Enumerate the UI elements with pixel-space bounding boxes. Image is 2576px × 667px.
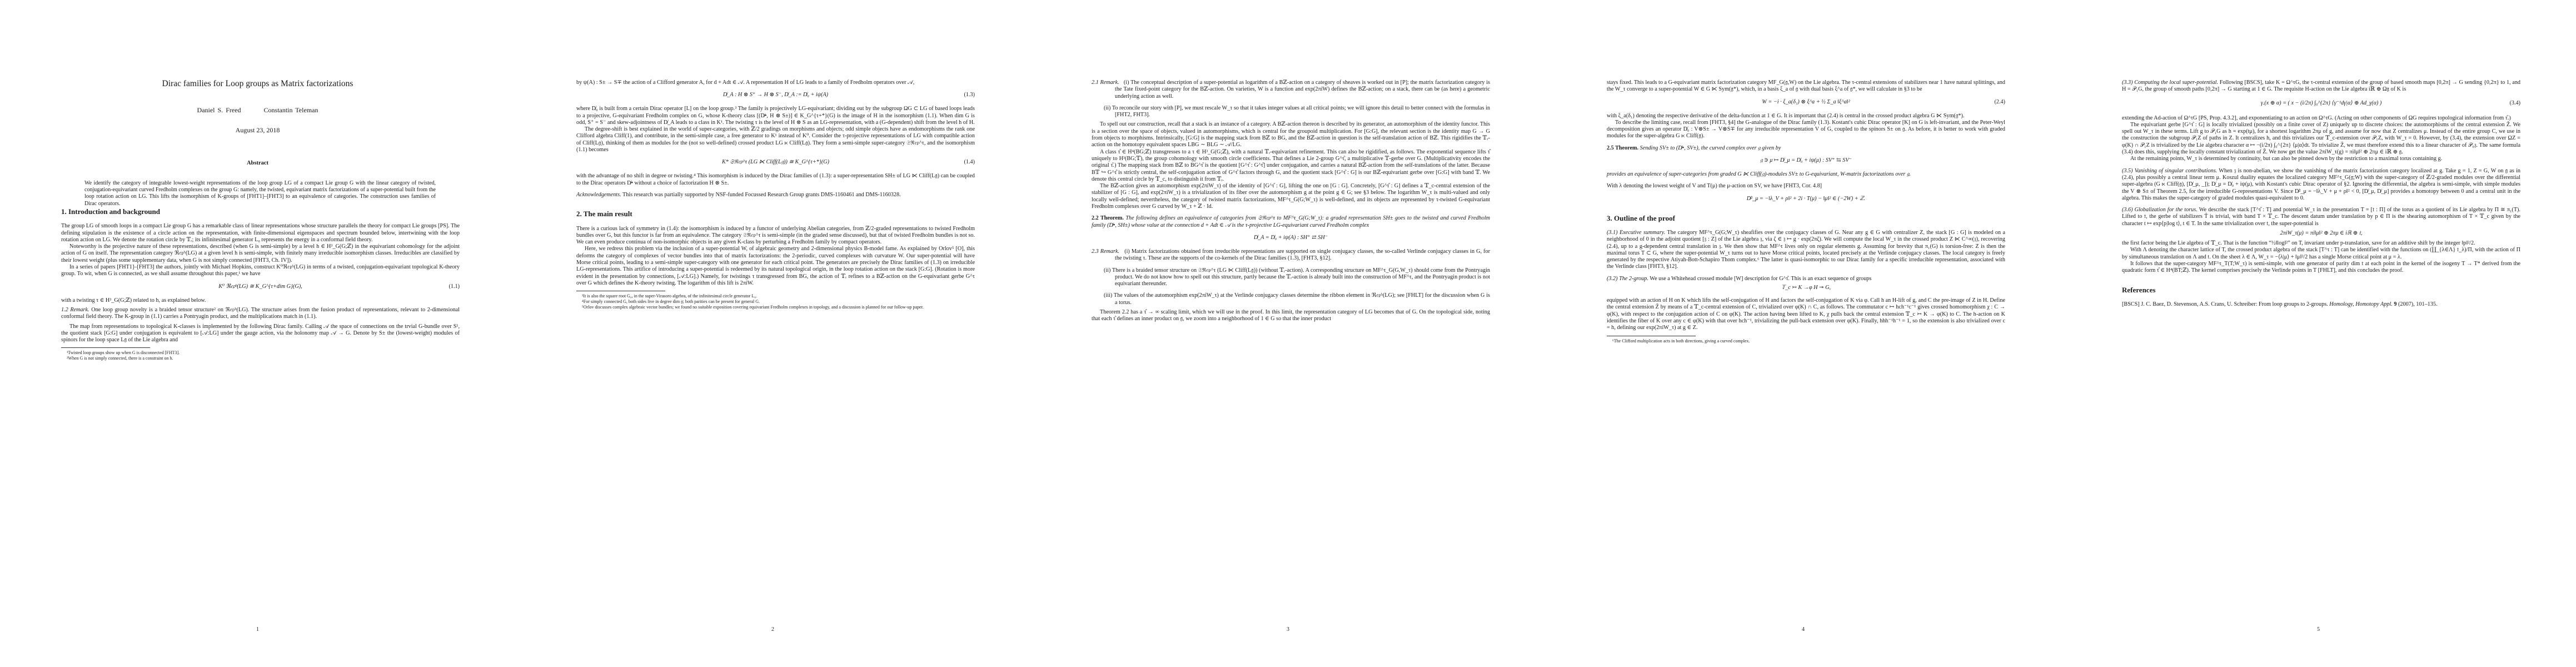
subsection: (3.6) Globalization for the torus. We de… [2122,207,2520,227]
subsection-text: We use a Whitehead crossed module [W] de… [1650,276,1871,282]
author-list: Daniel S. Freed Constantin Teleman [0,106,515,115]
paragraph: To spell out our construction, recall th… [1092,121,1490,148]
page-3: 2.1 Remark. (i) The conceptual descripti… [1030,0,1546,667]
equation: γ.(x ⊕ α) = ( x − (i/2π) ∫₀^{2π} ⟨γ⁻¹dγ|… [2122,100,2520,107]
equation: K* 𝔖ℜ𝔢𝔭^τ (LG ⋉ Cliff(L𝔤)) ≅ K_G^{τ+*}(G… [576,159,975,166]
subsection-text: The category MF^τ_G(G;W_τ) sheafifies ov… [1607,230,2005,270]
paragraph: There is a curious lack of symmetry in (… [576,226,975,246]
footnote: ⁴For simply connected G, both sides live… [576,299,975,305]
equation: D̸_A = D̸₀ + iψ(A) : SH⁺ ⇄ SH⁻ [1092,235,1490,242]
footnote-rule [1607,336,1696,336]
theorem-text: Sending SV± to (D̸•, SV±), the curved co… [1640,145,1781,151]
equation-body: K* 𝔖ℜ𝔢𝔭^τ (LG ⋉ Cliff(L𝔤)) ≅ K_G^{τ+*}(G… [722,159,829,165]
paragraph: the first factor being the Lie algebra o… [2122,240,2520,247]
page-1-body: 1. Introduction and background The group… [61,208,460,361]
acknowledgements: Acknowledgements. This research was part… [576,192,975,198]
theorem: 2.5 Theorem. Sending SV± to (D̸•, SV±), … [1607,145,2005,152]
paragraph: In a series of papers [FHT1]–[FHT3] the … [61,264,460,278]
equation: K⁰ ℜ𝔢𝔭ʰ(LG) ≅ K_G^{τ+dim G}(G), (1.1) [61,283,460,291]
page-3-body: 2.1 Remark. (i) The conceptual descripti… [1092,79,1490,323]
equation-body: D̸_A = D̸₀ + iψ(A) : SH⁺ ⇄ SH⁻ [1254,235,1328,241]
references-heading: References [2122,287,2520,293]
paragraph: The group LG of smooth loops in a compac… [61,223,460,243]
subsection-label: (3.5) Vanishing of singular contribution… [2122,168,2217,174]
paragraph: extending the Ad-action of Ω^τG [PS, Pro… [2122,115,2520,122]
paragraph: At the remaining points, W_τ is determin… [2122,156,2520,162]
paragraph: The equivariant gerbe [G^τ̂ : G] is loca… [2122,122,2520,156]
page-number: 1 [0,626,515,633]
equation-number: (3.4) [2509,100,2520,107]
paragraph: Here, we redress this problem via the in… [576,246,975,287]
paragraph: A class τ̂ ∈ H⁴(BG;ℤ) transgresses to a … [1092,149,1490,183]
page-5-body: (3.3) Computing the local super-potentia… [2122,79,2520,308]
equation-number: (2.4) [1994,99,2005,106]
remark: 2.3 Remark. (i) Matrix factorizations ob… [1092,248,1490,262]
equation-body: 𝔤 ∋ μ ↦ D̸_μ = D̸₀ + iψ(μ) : SV⁺ ⇆ SV⁻ [1760,157,1852,163]
remark-item: (ii) There is a braided tensor structure… [1092,267,1490,288]
subsection-label: (3.3) Computing the local super-potentia… [2122,79,2218,86]
ack-text: This research was partially supported by… [622,192,901,198]
equation: D̸_A : H ⊗ S⁺ → H ⊗ S⁻, D̸_A := D̸₀ + iψ… [576,92,975,99]
paragraph: Theorem 2.2 has a τ̂ → ∞ scaling limit, … [1092,309,1490,323]
paragraph: The Bℤ-action gives an automorphism exp(… [1092,183,1490,210]
subsection: (3.3) Computing the local super-potentia… [2122,79,2520,93]
footnote-rule [61,347,150,348]
reference-volume: 9 [2394,301,2396,307]
ack-label: Acknowledgements. [576,192,621,198]
remark-item: (iii) The values of the automorphism exp… [1092,292,1490,306]
equation: 𝕋_c ↣ K →φ H ↠ G, [1607,285,2005,292]
page-number: 4 [1546,626,2061,633]
equation-body: W = −i · ξ_a(δ₁) ⊗ ξ^a + ½ Σ_a ‖ξ^a‖² [1762,99,1850,105]
paragraph: with the advantage of no shift in degree… [576,173,975,187]
paragraph: It follows that the super-category MF^τ_… [2122,261,2520,275]
abstract-heading: Abstract [0,160,515,166]
equation-number: (1.1) [449,283,460,290]
theorem-text: The following defines an equivalence of … [1092,215,1490,228]
paragraph: equipped with an action of H on K which … [1607,297,2005,331]
equation-body: D̸²_μ = −‖λ_V + ρ‖² + 2i · T(μ) − ‖μ‖² ∈… [1747,196,1866,202]
paragraph: To describe the limiting case, recall fr… [1607,120,2005,140]
page-1: Dirac families for Loop groups as Matrix… [0,0,515,667]
author: Daniel S. Freed [197,106,241,115]
equation-body: D̸_A : H ⊗ S⁺ → H ⊗ S⁻, D̸_A := D̸₀ + iψ… [723,92,828,98]
reference-text: J. C. Baez, D. Stevenson, A.S. Crans, U.… [2141,301,2328,307]
page-number: 2 [515,626,1030,633]
remark-label: 2.1 Remark. [1092,79,1119,86]
footnote: ²When G is not simply connected, there i… [61,356,460,361]
remark: 1.2 Remark. One loop group novelty is a … [61,307,460,321]
paragraph: The degree-shift is best explained in th… [576,126,975,153]
remark-item: (ii) To reconcile our story with [P], we… [1092,105,1490,119]
subsection-label: (3.2) The 2-group. [1607,276,1648,282]
page-4-body: stays fixed. This leads to a G-equivaria… [1607,79,2005,344]
paragraph: where D̸₀ is built from a certain Dirac … [576,106,975,126]
paper-title: Dirac families for Loop groups as Matrix… [0,79,515,89]
equation: 𝔤 ∋ μ ↦ D̸_μ = D̸₀ + iψ(μ) : SV⁺ ⇆ SV⁻ [1607,157,2005,165]
paragraph: With λ denoting the lowest weight of V a… [1607,183,2005,190]
subsection: (3.5) Vanishing of singular contribution… [2122,168,2520,202]
paragraph: stays fixed. This leads to a G-equivaria… [1607,79,2005,93]
remark: 2.1 Remark. (i) The conceptual descripti… [1092,79,1490,100]
remark-item: (i) The conceptual description of a supe… [1115,79,1490,99]
subsection: (3.2) The 2-group. We use a Whitehead cr… [1607,276,2005,282]
equation-number: (1.4) [964,159,975,166]
equation: D̸²_μ = −‖λ_V + ρ‖² + 2i · T(μ) − ‖μ‖² ∈… [1607,196,2005,203]
remark-text: One loop group novelty is a braided tens… [61,307,460,320]
page-2: by ψ(A) : S± → S∓ the action of a Cliffo… [515,0,1030,667]
paragraph: with ξ_a(δ₁) denoting the respective der… [1607,113,2005,120]
equation: W = −i · ξ_a(δ₁) ⊗ ξ^a + ½ Σ_a ‖ξ^a‖² (2… [1607,99,2005,106]
theorem-label: 2.2 Theorem. [1092,215,1124,221]
subsection: (3.1) Executive summary. The category MF… [1607,230,2005,271]
reference-journal: Homology, Homotopy Appl. [2329,301,2393,307]
subsection-label: (3.6) Globalization for the torus. [2122,207,2198,213]
remark-label: 2.3 Remark. [1092,248,1119,255]
reference-key: [BSCS] [2122,301,2140,307]
footnote: ⁵Orlov discusses complex algebraic vecto… [576,305,975,310]
paper-date: August 23, 2018 [0,126,515,135]
paragraph: With Λ denoting the character lattice of… [2122,247,2520,261]
equation-body: γ.(x ⊕ α) = ( x − (i/2π) ∫₀^{2π} ⟨γ⁻¹dγ|… [2261,100,2382,106]
paragraph: by ψ(A) : S± → S∓ the action of a Cliffo… [576,79,975,86]
page-5: (3.3) Computing the local super-potentia… [2061,0,2576,667]
page-4: stays fixed. This leads to a G-equivaria… [1546,0,2061,667]
subsection-label: (3.1) Executive summary. [1607,230,1665,236]
equation-number: (1.3) [964,92,975,98]
reference-rest: (2007), 101–135. [2398,301,2437,307]
page-number: 5 [2061,626,2576,633]
section-heading: 3. Outline of the proof [1607,215,2005,222]
remark-label: 1.2 Remark. [61,307,89,313]
section-heading: 1. Introduction and background [61,208,460,215]
footnote: ¹Twisted loop groups show up when G is d… [61,350,460,356]
section-heading: 2. The main result [576,211,975,217]
page-number: 3 [1030,626,1546,633]
paragraph: Noteworthy is the projective nature of t… [61,243,460,264]
abstract-text: We identify the category of integrable l… [84,180,436,207]
footnote: ⁶The Clifford multiplication acts in bot… [1607,339,2005,344]
equation-body: 𝕋_c ↣ K →φ H ↠ G, [1781,285,1831,291]
page-2-body: by ψ(A) : S± → S∓ the action of a Cliffo… [576,79,975,310]
paragraph: The map from representations to topologi… [61,323,460,344]
equation: 2πiW_τ(μ) = πi‖μ‖² ⊕ 2πμ ∈ iℝ ⊕ 𝔱, [2122,230,2520,237]
equation-body: K⁰ ℜ𝔢𝔭ʰ(LG) ≅ K_G^{τ+dim G}(G), [218,283,302,290]
author: Constantin Teleman [264,106,318,115]
footnote-rule [576,291,665,291]
theorem-label: 2.5 Theorem. [1607,145,1638,151]
theorem-continuation: provides an equivalence of super-categor… [1607,171,2005,178]
footnote: ³It is also the square root G₀, in the s… [576,293,975,299]
equation-body: 2πiW_τ(μ) = πi‖μ‖² ⊕ 2πμ ∈ iℝ ⊕ 𝔱, [2280,230,2363,236]
theorem: 2.2 Theorem. The following defines an eq… [1092,215,1490,229]
reference-item: [BSCS] J. C. Baez, D. Stevenson, A.S. Cr… [2122,301,2520,308]
paragraph: with a twisting τ ∈ H³_G(G;ℤ) related to… [61,297,460,304]
remark-item: (i) Matrix factorizations obtained from … [1115,248,1490,261]
